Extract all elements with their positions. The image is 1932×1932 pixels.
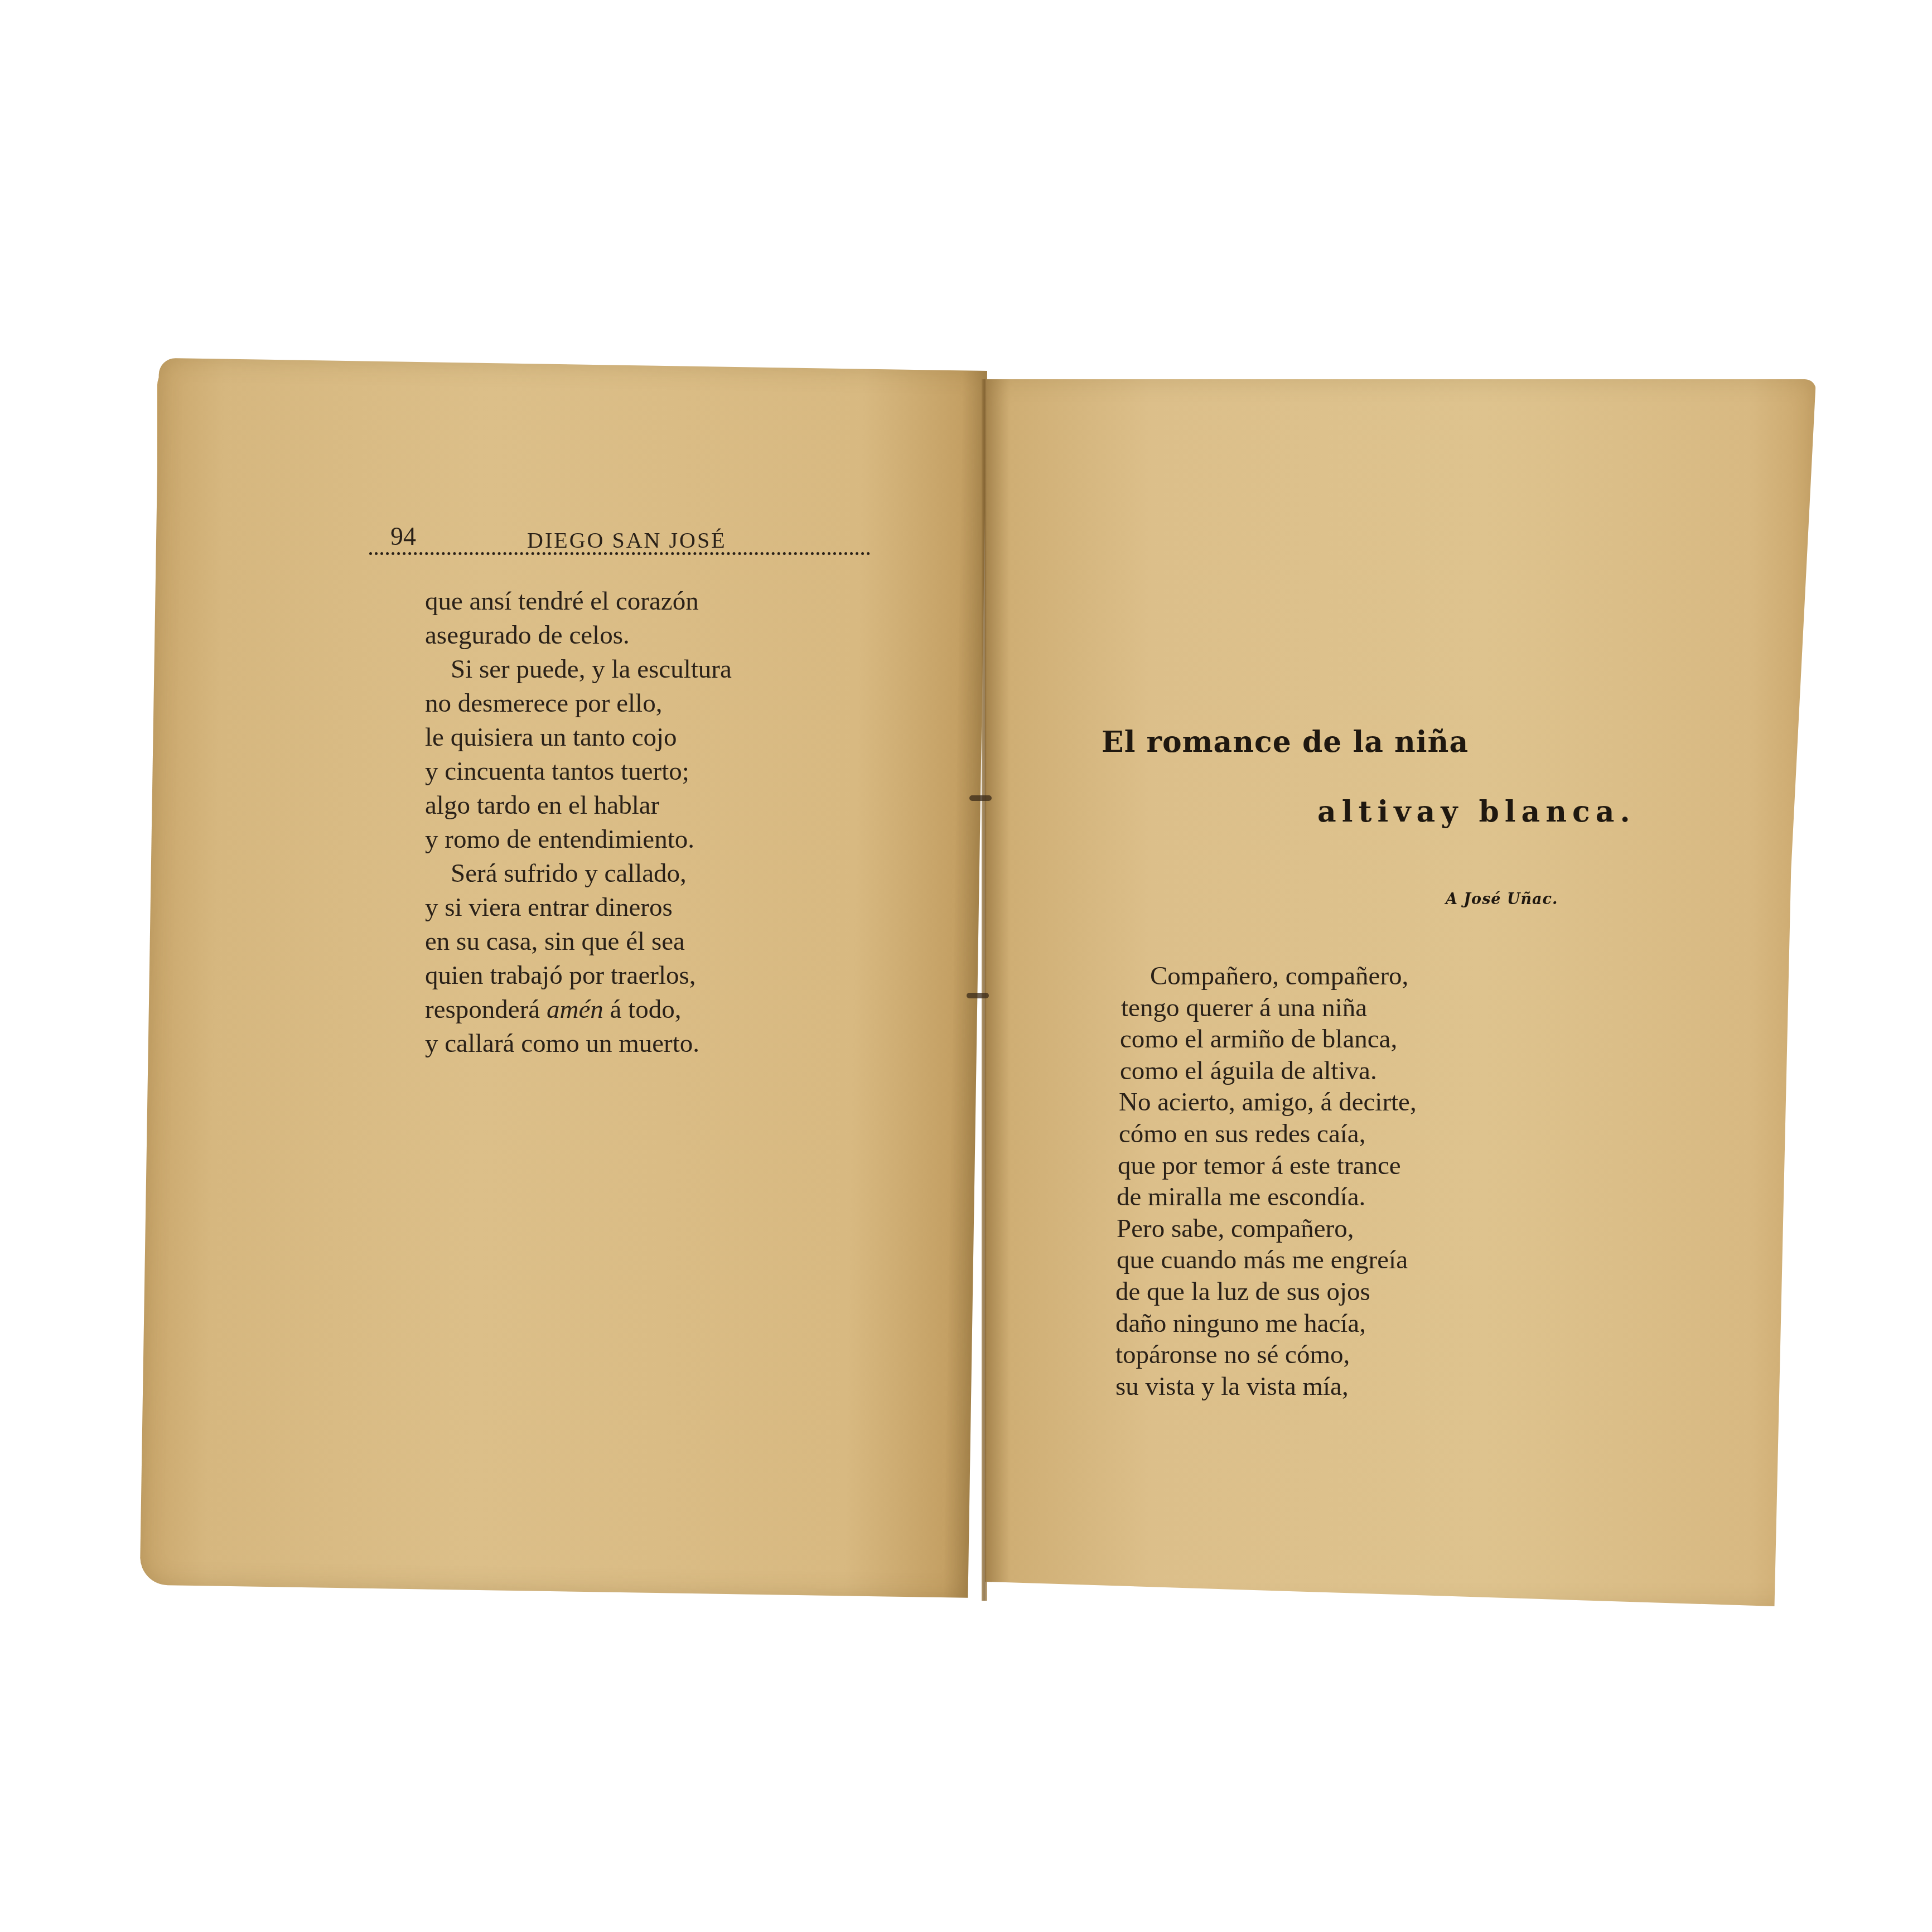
verse-line: como el águila de altiva. <box>1115 1055 1417 1087</box>
verse-line: y si viera entrar dineros <box>425 891 732 925</box>
binding-stitch-icon <box>969 795 992 801</box>
book-spine-gutter <box>982 379 987 1601</box>
poem-dedication: A José Uñac. <box>1446 891 1558 908</box>
verse-line: de miralla me escondía. <box>1115 1181 1417 1213</box>
verse-line: que cuando más me engreía <box>1115 1244 1417 1276</box>
verse-line: Compañero, compañero, <box>1115 960 1417 992</box>
verse-line: quien trabajó por traerlos, <box>425 959 732 993</box>
verse-line: daño ninguno me hacía, <box>1115 1308 1417 1340</box>
verse-line: le quisiera un tanto cojo <box>425 721 732 755</box>
verse-line: Será sufrido y callado, <box>425 857 732 891</box>
verse-line: en su casa, sin que él sea <box>425 925 732 959</box>
verse-line: No acierto, amigo, á decirte, <box>1115 1086 1417 1118</box>
verse-line: asegurado de celos. <box>425 619 732 653</box>
page-number: 94 <box>390 521 416 551</box>
poem-title-line-2: altivay blanca. <box>1317 795 1636 829</box>
verse-line: que ansí tendré el corazón <box>425 585 732 619</box>
verse-line: y callará como un muerto. <box>425 1027 732 1061</box>
verse-line: algo tardo en el hablar <box>425 789 732 823</box>
binding-stitch-icon <box>967 993 989 998</box>
verse-line: cómo en sus redes caía, <box>1115 1118 1417 1150</box>
verse-line: topáronse no sé cómo, <box>1115 1339 1417 1371</box>
verse-line: su vista y la vista mía, <box>1115 1371 1417 1403</box>
verse-line: responderá amén á todo, <box>425 993 732 1027</box>
verse-line: Si ser puede, y la escultura <box>425 653 732 687</box>
verse-line: que por temor á este trance <box>1115 1150 1417 1182</box>
verse-line: y romo de entendimiento. <box>425 823 732 857</box>
verse-line: y cincuenta tantos tuerto; <box>425 755 732 789</box>
italic-word: amén <box>547 995 603 1024</box>
verse-line: de que la luz de sus ojos <box>1115 1276 1417 1308</box>
verse-line: Pero sabe, compañero, <box>1115 1213 1417 1245</box>
header-dotted-rule <box>369 552 870 555</box>
right-page-verse: Compañero, compañero, tengo querer á una… <box>1115 960 1417 1402</box>
verse-line: tengo querer á una niña <box>1115 992 1417 1024</box>
poem-title-line-1: El romance de la niña <box>1102 725 1469 759</box>
verse-line: como el armiño de blanca, <box>1115 1023 1417 1055</box>
running-head-author: DIEGO SAN JOSÉ <box>527 527 727 553</box>
verse-line: no desmerece por ello, <box>425 687 732 721</box>
open-book: 94 DIEGO SAN JOSÉ que ansí tendré el cor… <box>0 0 1932 1932</box>
left-page-verse: que ansí tendré el corazón asegurado de … <box>425 585 732 1061</box>
